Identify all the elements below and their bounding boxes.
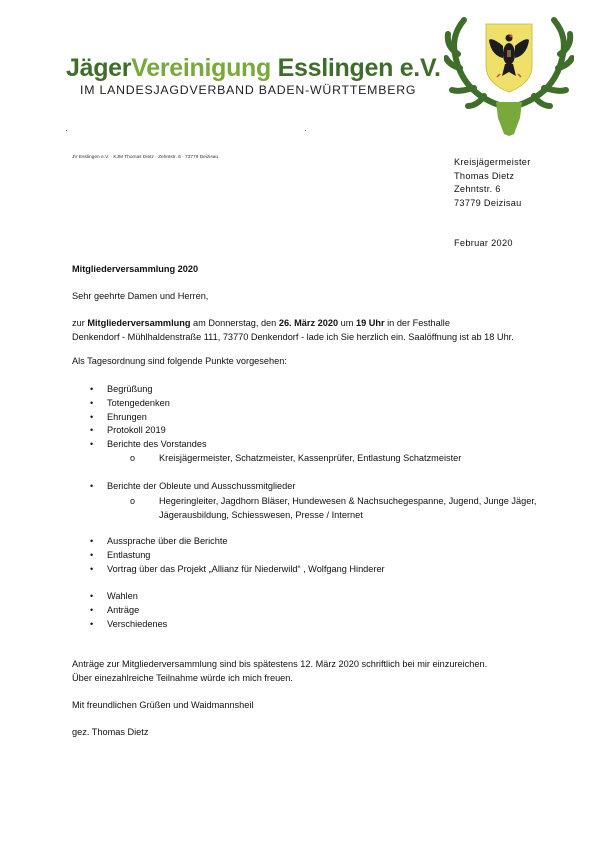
agenda-item-label: Protokoll 2019 bbox=[107, 425, 166, 435]
agenda-item: •Totengedenken bbox=[72, 397, 461, 411]
deadline-note: Anträge zur Mitgliederversammlung sind b… bbox=[72, 659, 487, 669]
agenda-item: •Protokoll 2019 bbox=[72, 424, 461, 438]
event-name: Mitgliederversammlung bbox=[87, 318, 190, 328]
agenda-item-label: Wahlen bbox=[107, 591, 138, 601]
participation-wish: Über einezahlreiche Teilnahme würde ich … bbox=[72, 673, 293, 683]
org-subtitle: IM LANDESJAGDVERBAND BADEN-WÜRTTEMBERG bbox=[80, 83, 416, 97]
bullet-icon: • bbox=[90, 397, 93, 411]
org-name-part2: Vereinigung bbox=[131, 54, 271, 82]
text: um bbox=[338, 318, 356, 328]
recipient-line: Zehntstr. 6 bbox=[454, 183, 531, 197]
fold-mark-left bbox=[66, 130, 67, 131]
agenda-item: •Berichte des Vorstandes bbox=[72, 438, 461, 452]
agenda-item-label: Berichte des Vorstandes bbox=[107, 439, 207, 449]
agenda-item-label: Entlastung bbox=[107, 550, 150, 560]
agenda-item-label: Totengedenken bbox=[107, 398, 170, 408]
bullet-icon: • bbox=[90, 424, 93, 438]
agenda-subitem: oKreisjägermeister, Schatzmeister, Kasse… bbox=[72, 452, 461, 466]
agenda-item: •Berichte der Obleute und Ausschussmitgl… bbox=[72, 480, 549, 494]
fold-mark-right bbox=[305, 130, 306, 131]
recipient-block: Kreisjägermeister Thomas Dietz Zehntstr.… bbox=[454, 156, 531, 210]
agenda-item: •Begrüßung bbox=[72, 383, 461, 397]
agenda-item: •Ehrungen bbox=[72, 411, 461, 425]
text: in der Festhalle bbox=[385, 318, 450, 328]
agenda-item: •Aussprache über die Berichte bbox=[72, 535, 385, 549]
salutation: Sehr geehrte Damen und Herren, bbox=[72, 291, 208, 301]
invitation-line-1: zur Mitgliederversammlung am Donnerstag,… bbox=[72, 318, 450, 328]
agenda-item: •Wahlen bbox=[72, 590, 167, 604]
bullet-icon: • bbox=[90, 549, 93, 563]
signature: gez. Thomas Dietz bbox=[72, 727, 148, 737]
recipient-line: Thomas Dietz bbox=[454, 170, 531, 184]
bullet-icon: • bbox=[90, 383, 93, 397]
bullet-icon: • bbox=[90, 535, 93, 549]
recipient-line: 73779 Deizisau bbox=[454, 197, 531, 211]
text: zur bbox=[72, 318, 87, 328]
agenda-item: •Entlastung bbox=[72, 549, 385, 563]
circle-bullet-icon: o bbox=[130, 452, 135, 466]
bullet-icon: • bbox=[90, 480, 93, 494]
event-time: 19 Uhr bbox=[356, 318, 385, 328]
agenda-list-group-3: •Aussprache über die Berichte •Entlastun… bbox=[72, 535, 385, 576]
closing-greeting: Mit freundlichen Grüßen und Waidmannshei… bbox=[72, 700, 253, 710]
agenda-item-label: Vortrag über das Projekt „Allianz für Ni… bbox=[107, 564, 385, 574]
event-date: 26. März 2020 bbox=[279, 318, 338, 328]
bullet-icon: • bbox=[90, 590, 93, 604]
circle-bullet-icon: o bbox=[130, 494, 135, 508]
agenda-list-group-2: •Berichte der Obleute und Ausschussmitgl… bbox=[72, 480, 549, 522]
agenda-item: •Anträge bbox=[72, 604, 167, 618]
agenda-item: •Vortrag über das Projekt „Allianz für N… bbox=[72, 563, 385, 577]
agenda-item-label: Begrüßung bbox=[107, 384, 152, 394]
agenda-item-label: Anträge bbox=[107, 605, 139, 615]
recipient-line: Kreisjägermeister bbox=[454, 156, 531, 170]
agenda-subitem-label: Kreisjägermeister, Schatzmeister, Kassen… bbox=[159, 453, 461, 463]
antler-coat-of-arms-icon bbox=[444, 14, 574, 138]
org-name-part1: Jäger bbox=[66, 54, 131, 82]
agenda-intro: Als Tagesordnung sind folgende Punkte vo… bbox=[72, 356, 287, 366]
bullet-icon: • bbox=[90, 411, 93, 425]
agenda-item: •Verschiedenes bbox=[72, 618, 167, 632]
bullet-icon: • bbox=[90, 563, 93, 577]
bullet-icon: • bbox=[90, 438, 93, 452]
bullet-icon: • bbox=[90, 618, 93, 632]
invitation-line-2: Denkendorf - Mühlhaldenstraße 111, 73770… bbox=[72, 332, 514, 342]
org-name-part3: Esslingen e.V. bbox=[278, 54, 441, 82]
agenda-subitem: oHegeringleiter, Jagdhorn Bläser, Hundew… bbox=[72, 494, 549, 522]
agenda-list-group-1: •Begrüßung •Totengedenken •Ehrungen •Pro… bbox=[72, 383, 461, 466]
org-logo-title: JägerVereinigung Esslingen e.V. bbox=[66, 54, 441, 83]
agenda-item-label: Aussprache über die Berichte bbox=[107, 536, 228, 546]
letter-date: Februar 2020 bbox=[454, 238, 513, 248]
letter-subject: Mitgliederversammlung 2020 bbox=[72, 264, 198, 274]
sender-line: JV Esslingen e.V. · KJM Thomas Dietz · Z… bbox=[72, 155, 218, 160]
agenda-list-group-4: •Wahlen •Anträge •Verschiedenes bbox=[72, 590, 167, 631]
text: am Donnerstag, den bbox=[190, 318, 278, 328]
agenda-item-label: Verschiedenes bbox=[107, 619, 167, 629]
bullet-icon: • bbox=[90, 604, 93, 618]
agenda-subitem-label: Hegeringleiter, Jagdhorn Bläser, Hundewe… bbox=[159, 496, 536, 520]
agenda-item-label: Ehrungen bbox=[107, 412, 147, 422]
agenda-item-label: Berichte der Obleute und Ausschussmitgli… bbox=[107, 481, 295, 491]
